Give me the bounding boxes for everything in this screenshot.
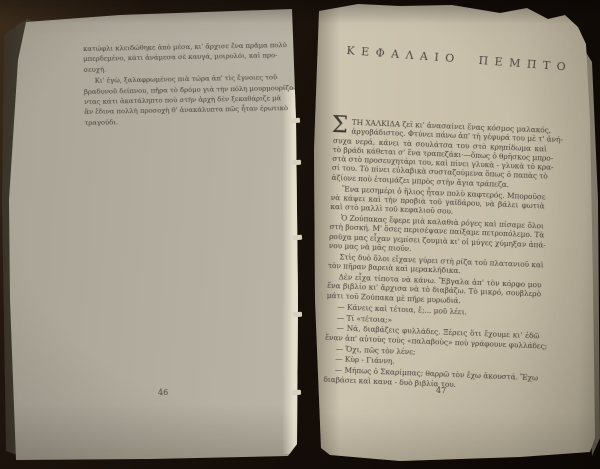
page-number-left: 46 — [158, 388, 168, 397]
binding-stitch-notch — [291, 118, 300, 124]
left-page-inner-edge-highlight — [282, 90, 298, 454]
binding-stitch-notch — [292, 160, 301, 166]
page-number-right: 47 — [436, 386, 446, 395]
right-page-text: Σ ΤΗ ΧΑΛΚΙΔΑ ζεῖ κι' ἀνασαίνει ἕνας κόσμ… — [323, 117, 548, 392]
binding-stitch-notch — [293, 235, 302, 241]
drop-cap-letter: Σ — [331, 114, 348, 138]
left-page-text: κατώφλι κλειδώθηκε ἀπὸ μέσα, κι' ἄρχισε … — [83, 40, 275, 128]
binding-stitch-notch — [292, 390, 301, 396]
open-book-photo: κατώφλι κλειδώθηκε ἀπὸ μέσα, κι' ἄρχισε … — [0, 0, 600, 469]
binding-stitch-notch — [293, 312, 302, 318]
